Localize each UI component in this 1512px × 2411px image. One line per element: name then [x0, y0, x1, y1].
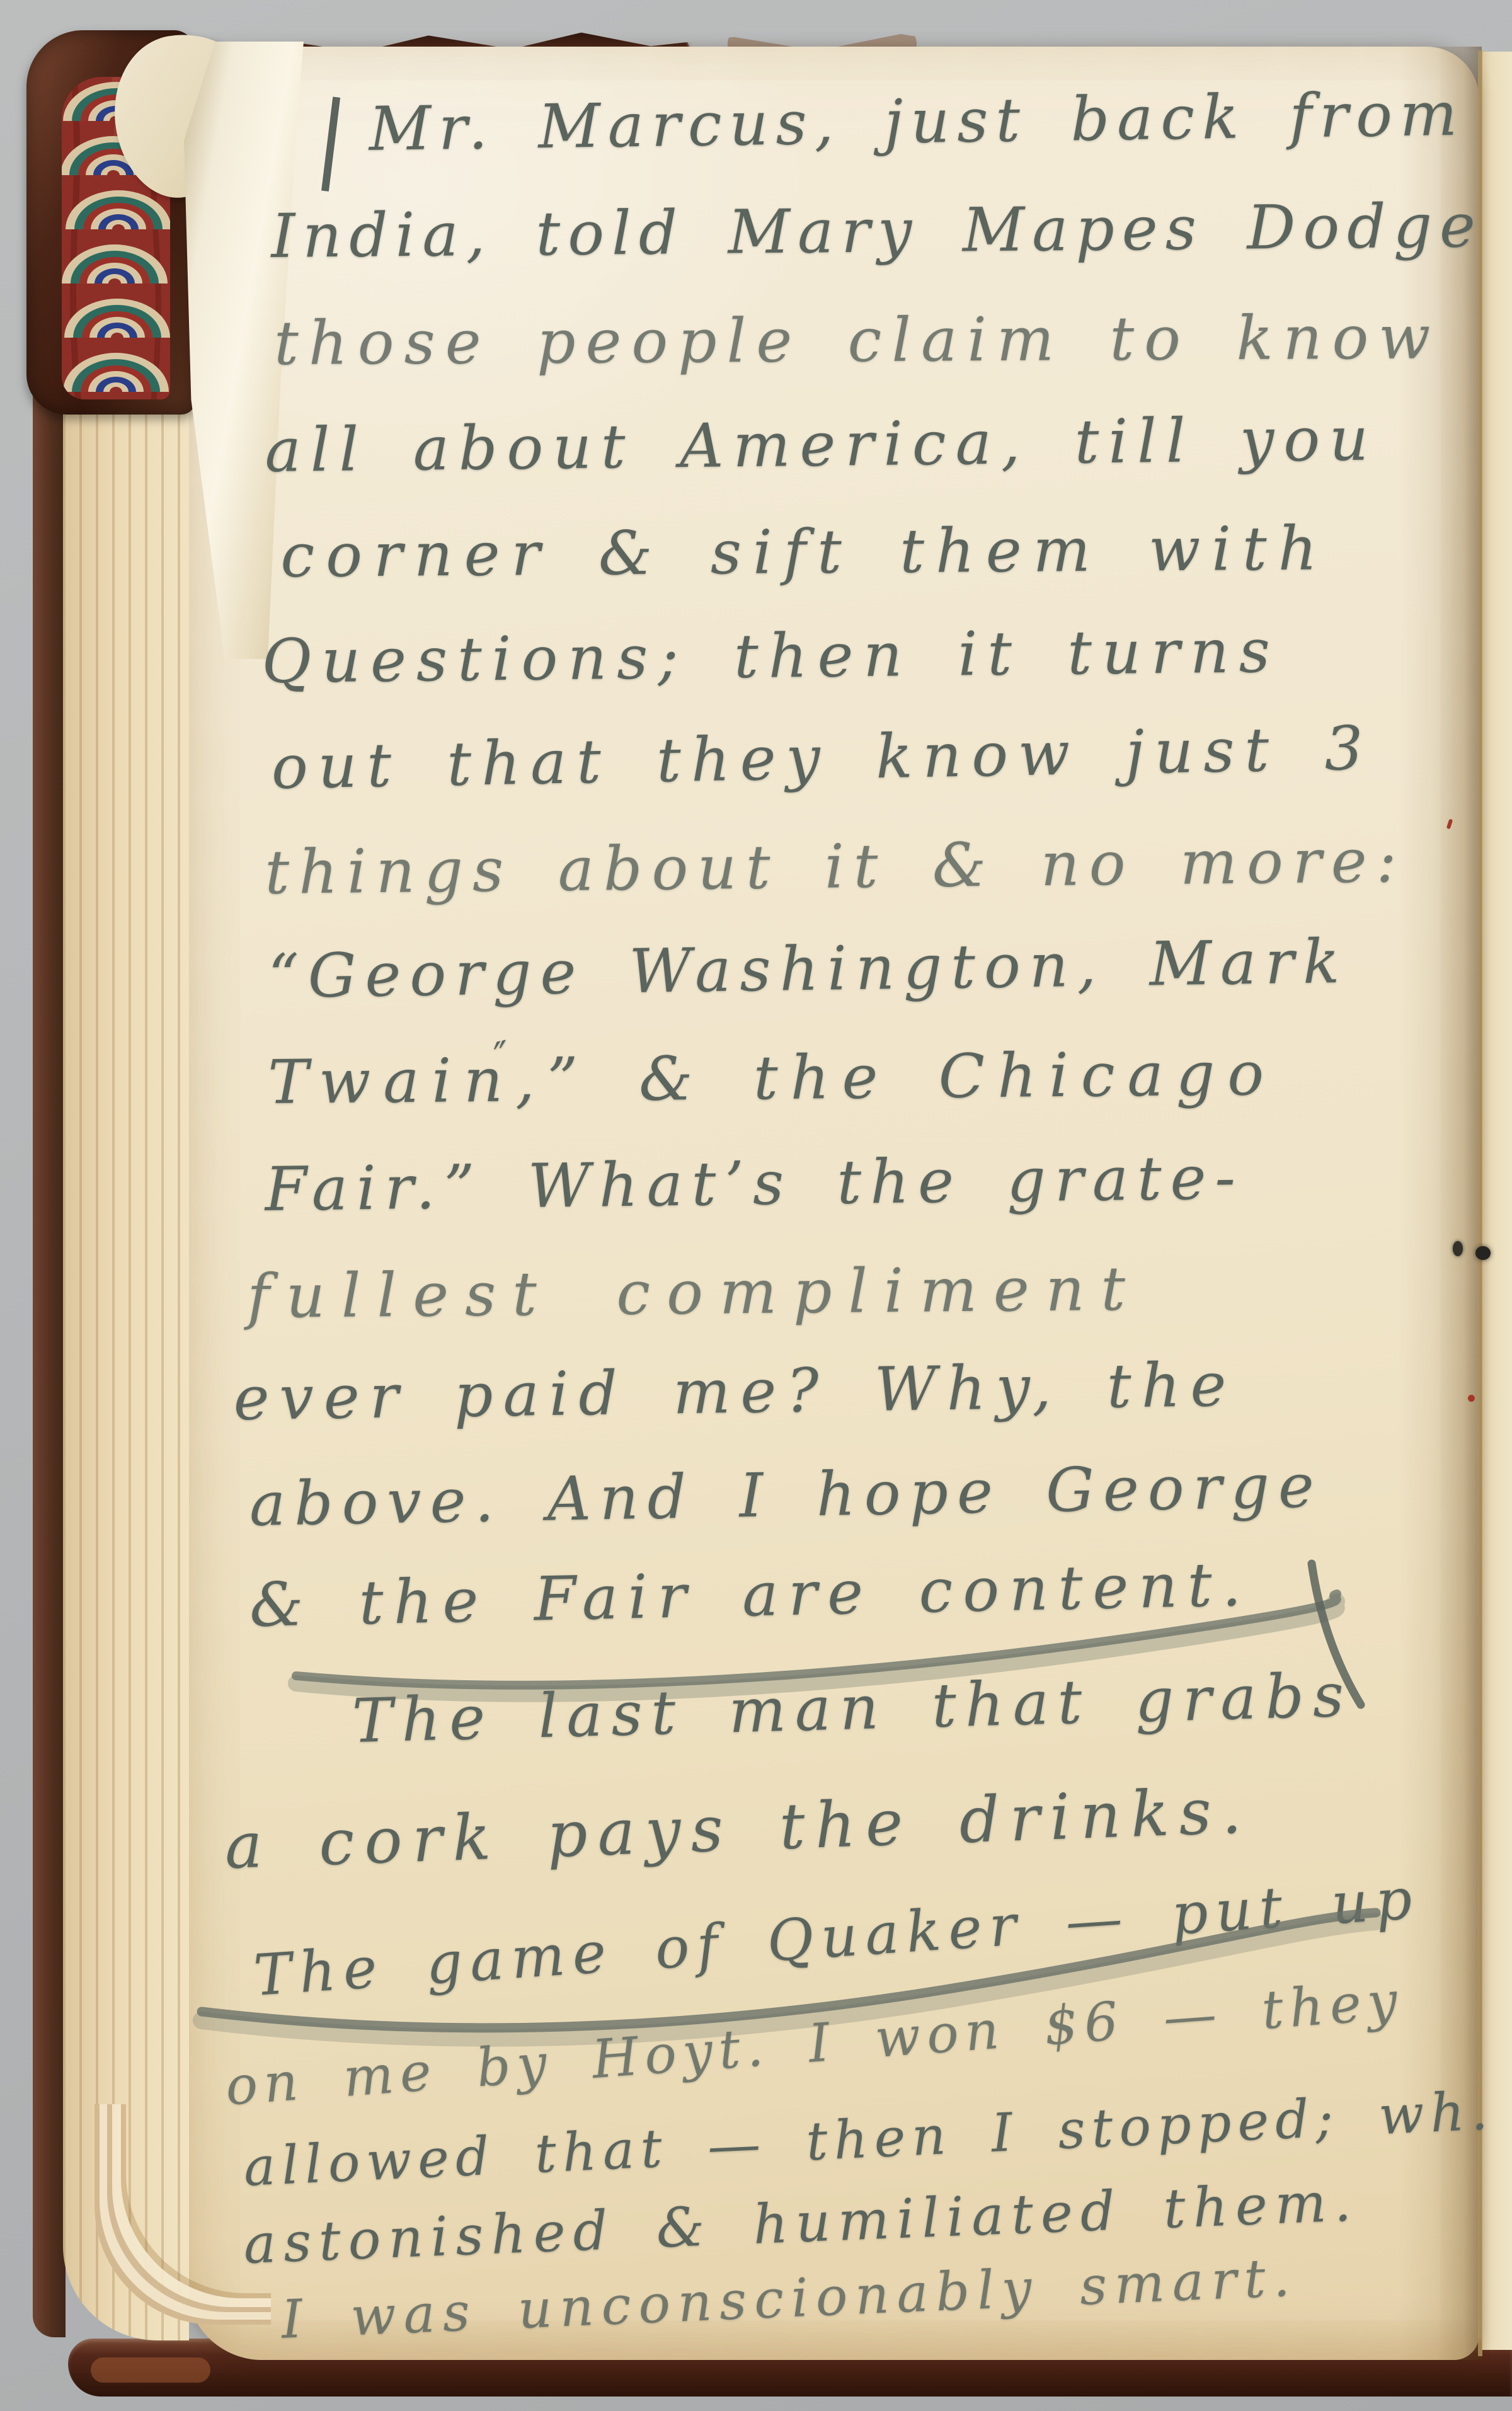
handwritten-line: corner & sift them with [280, 517, 1329, 587]
handwritten-line: Mr. Marcus, just back from [369, 83, 1465, 161]
gutter-fold-line [1478, 50, 1482, 2356]
handwritten-line: fullest compliment [247, 1257, 1142, 1329]
handwritten-line: all about America, till you [265, 408, 1378, 483]
page-stack-fore-edge [63, 350, 189, 2340]
red-foxing-speck [1468, 1395, 1475, 1402]
handwritten-line: Questions; then it turns [261, 619, 1280, 694]
underline-flourish-drinks [189, 1882, 1399, 2053]
gutter-shadow [1399, 47, 1482, 2360]
facing-page-edge [1482, 52, 1512, 2350]
handwritten-line: things about it & no more: [265, 829, 1406, 905]
underline-flourish-content [277, 1556, 1411, 1720]
handwritten-line: “George Washington, Mark [268, 930, 1349, 1009]
handwritten-line: those people claim to know [274, 306, 1441, 375]
handwritten-line: Fair.” What’s the grate- [265, 1146, 1244, 1222]
handwritten-line: Twain,” & the Chicago [268, 1042, 1276, 1114]
leather-worn-patch [91, 2357, 210, 2383]
notebook-photo: | Mr. Marcus, just back from India, told… [0, 0, 1512, 2411]
binding-stitch-mark [1453, 1241, 1463, 1256]
handwritten-line: ever paid me? Why, the [233, 1353, 1237, 1431]
left-leather-edge [33, 353, 66, 2337]
binding-stitch-mark [1475, 1246, 1491, 1260]
handwritten-line: India, told Mary Mapes Dodge [271, 194, 1483, 268]
